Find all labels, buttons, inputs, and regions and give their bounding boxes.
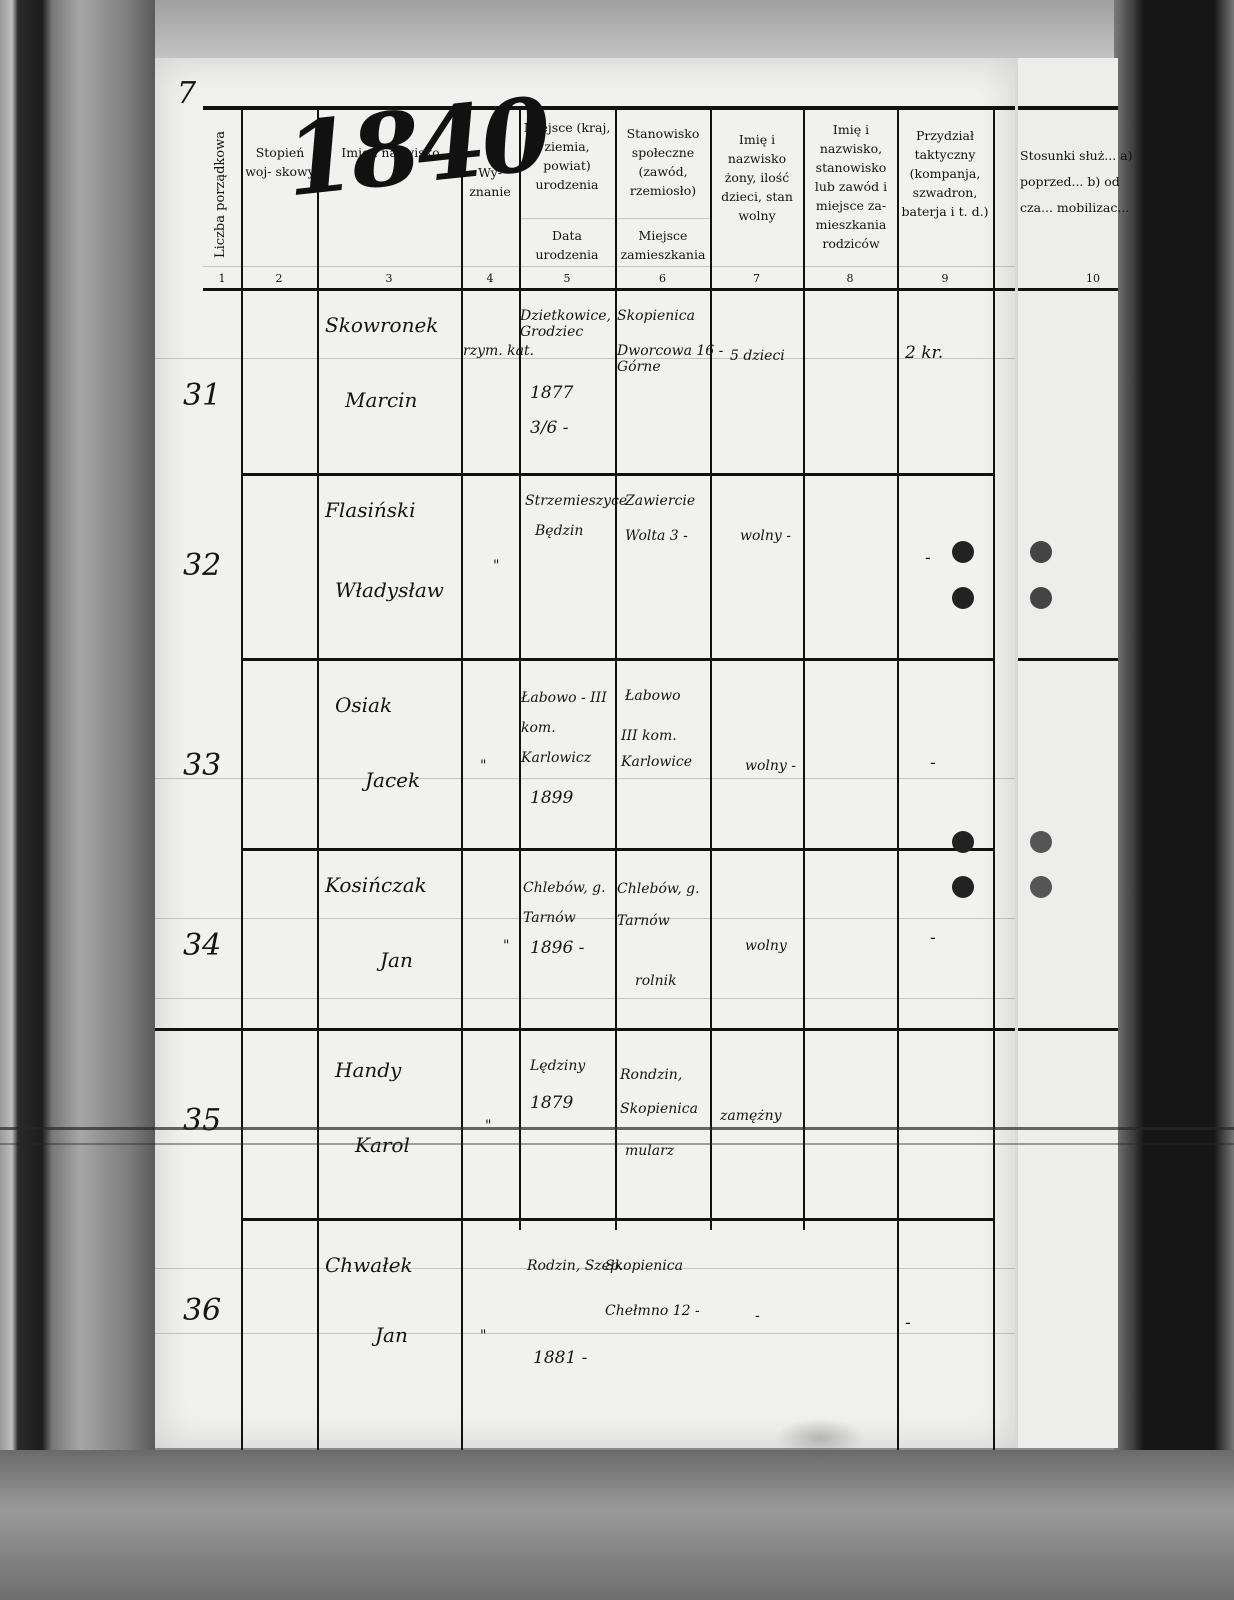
spouse-children: wolny - (740, 528, 791, 544)
row-number: 34 (183, 928, 221, 963)
header-bottom-border (1018, 288, 1118, 291)
punch-hole (952, 876, 974, 898)
ruling-line (155, 358, 1015, 359)
religion: " (493, 558, 499, 574)
row-border-34 (155, 1028, 1015, 1031)
punch-hole (1030, 587, 1052, 609)
assignment: - (925, 548, 931, 568)
punch-hole (952, 541, 974, 563)
column-number: 2 (241, 272, 317, 285)
row-border-31 (241, 473, 993, 476)
occupation: Chlebów, g. Tarnów (617, 873, 707, 937)
ruling-line (155, 998, 1015, 999)
header-col1: Liczba porządkowa (213, 131, 228, 258)
assignment: - (905, 1313, 911, 1333)
religion: " (503, 938, 509, 954)
residence: Dworcowa 16 - Górne (617, 343, 737, 375)
assignment: - (930, 928, 936, 948)
row-number: 33 (183, 748, 221, 783)
column-number: 1 (203, 272, 241, 285)
paper-stain (775, 1418, 865, 1458)
religion: " (480, 1328, 486, 1344)
column-number: 8 (803, 272, 897, 285)
surname: Kosińczak (325, 873, 427, 897)
surname: Chwałek (325, 1253, 413, 1277)
scan-background-bottom (0, 1450, 1234, 1600)
header-col9: Przydział taktyczny (kompanja, szwadron,… (899, 126, 991, 221)
ruling-line (155, 1333, 1015, 1334)
birth-extra: 3/6 - (530, 418, 569, 438)
surname: Handy (335, 1058, 401, 1082)
assignment: 2 kr. (905, 343, 943, 363)
scan-background-top (0, 0, 1234, 60)
column-number: 5 (519, 272, 615, 285)
surname: Osiak (335, 693, 392, 717)
spouse-children: wolny (745, 938, 787, 954)
ruling-line (155, 778, 1015, 779)
residence: Chełmno 12 - (605, 1303, 700, 1319)
surname: Skowronek (325, 313, 438, 337)
birth-date: 1896 - (530, 938, 584, 958)
spouse-children: - (755, 1308, 760, 1324)
spouse-children: zamężny (720, 1108, 782, 1124)
adjacent-page: Stosunki służ... a) poprzed... b) od cza… (1015, 58, 1118, 1448)
header-col8: Imię i nazwisko, stanowisko lub zawód i … (805, 120, 897, 253)
column-number: 7 (710, 272, 803, 285)
residence: mularz (625, 1143, 674, 1159)
birth-date: 1877 (530, 383, 573, 403)
religion: rzym. kat. (463, 343, 534, 359)
col-divider-3 (461, 110, 463, 1450)
col-divider-8 (897, 110, 899, 1450)
residence: rolnik (635, 973, 677, 989)
occupation: Łabowo (625, 688, 681, 704)
birth-date: 1899 (530, 788, 573, 808)
row-border-35 (241, 1218, 993, 1221)
header-col6-top: Stanowisko społeczne (zawód, rzemiosło) (617, 124, 709, 200)
row-number: 32 (183, 548, 221, 583)
row-border-33 (241, 848, 993, 851)
spouse-children: wolny - (745, 758, 796, 774)
page-number: 7 (177, 76, 196, 111)
religion: " (480, 758, 486, 774)
punch-hole (952, 831, 974, 853)
table-top-border (1018, 106, 1118, 110)
residence: III kom. Karlowice (621, 723, 709, 775)
assignment: - (930, 753, 936, 773)
punch-hole (1030, 876, 1052, 898)
given-name: Jan (375, 1323, 408, 1347)
birthplace: Lędziny (530, 1058, 585, 1074)
punch-hole (1030, 831, 1052, 853)
header-col6-bottom: Miejsce zamieszkania (617, 226, 709, 264)
birthplace: Strzemieszyce (525, 493, 627, 509)
scan-artifact-line (0, 1127, 1234, 1130)
given-name: Karol (355, 1133, 410, 1157)
occupation: Rondzin, Skopienica (620, 1058, 710, 1126)
birth-date: Będzin (535, 523, 583, 539)
col-divider-9 (993, 110, 995, 1450)
header-col7: Imię i nazwisko żony, ilość dzieci, stan… (712, 130, 802, 225)
punch-hole (952, 587, 974, 609)
row-border (1018, 1028, 1118, 1031)
given-name: Jan (380, 948, 413, 972)
occupation: Zawiercie (625, 493, 695, 509)
occupation: Skopienica (617, 308, 695, 324)
col-divider-2 (317, 110, 319, 1450)
row-border-32 (241, 658, 993, 661)
header-col5-bottom: Data urodzenia (521, 226, 613, 264)
birth-date: 1881 - (533, 1348, 587, 1368)
birth-date: 1879 (530, 1093, 573, 1113)
birthplace: Łabowo - III kom. Karlowicz (521, 683, 615, 773)
surname: Flasiński (325, 498, 416, 522)
punch-hole (1030, 541, 1052, 563)
column-number: 10 (1078, 272, 1108, 285)
row-number: 35 (183, 1103, 221, 1138)
birthplace: Chlebów, g. Tarnów (523, 873, 613, 933)
given-name: Jacek (365, 768, 420, 792)
col-divider-1 (241, 110, 243, 1450)
register-page: 7 Liczba porządkowa Stopień woj- skowy I… (155, 58, 1015, 1448)
given-name: Marcin (345, 388, 417, 412)
row-border (1018, 658, 1118, 661)
residence: Wolta 3 - (625, 528, 688, 544)
header-col10: Stosunki służ... a) poprzed... b) od cza… (1020, 143, 1150, 253)
column-number: 3 (317, 272, 461, 285)
column-number: 9 (897, 272, 993, 285)
religion: " (485, 1118, 491, 1134)
birthplace: Dzietkowice, Grodziec (520, 308, 615, 340)
column-number: 4 (461, 272, 519, 285)
spouse-children: 5 dzieci (730, 348, 785, 364)
scan-artifact-line (0, 1143, 1234, 1145)
row-number: 31 (183, 378, 221, 413)
column-number: 6 (615, 272, 710, 285)
scan-background-left (0, 0, 155, 1600)
row-number: 36 (183, 1293, 221, 1328)
occupation: Skopienica (605, 1258, 683, 1274)
header-subdivider (519, 218, 709, 219)
header-divider (203, 266, 1015, 267)
header-bottom-border (203, 288, 1015, 291)
given-name: Władysław (335, 578, 444, 602)
